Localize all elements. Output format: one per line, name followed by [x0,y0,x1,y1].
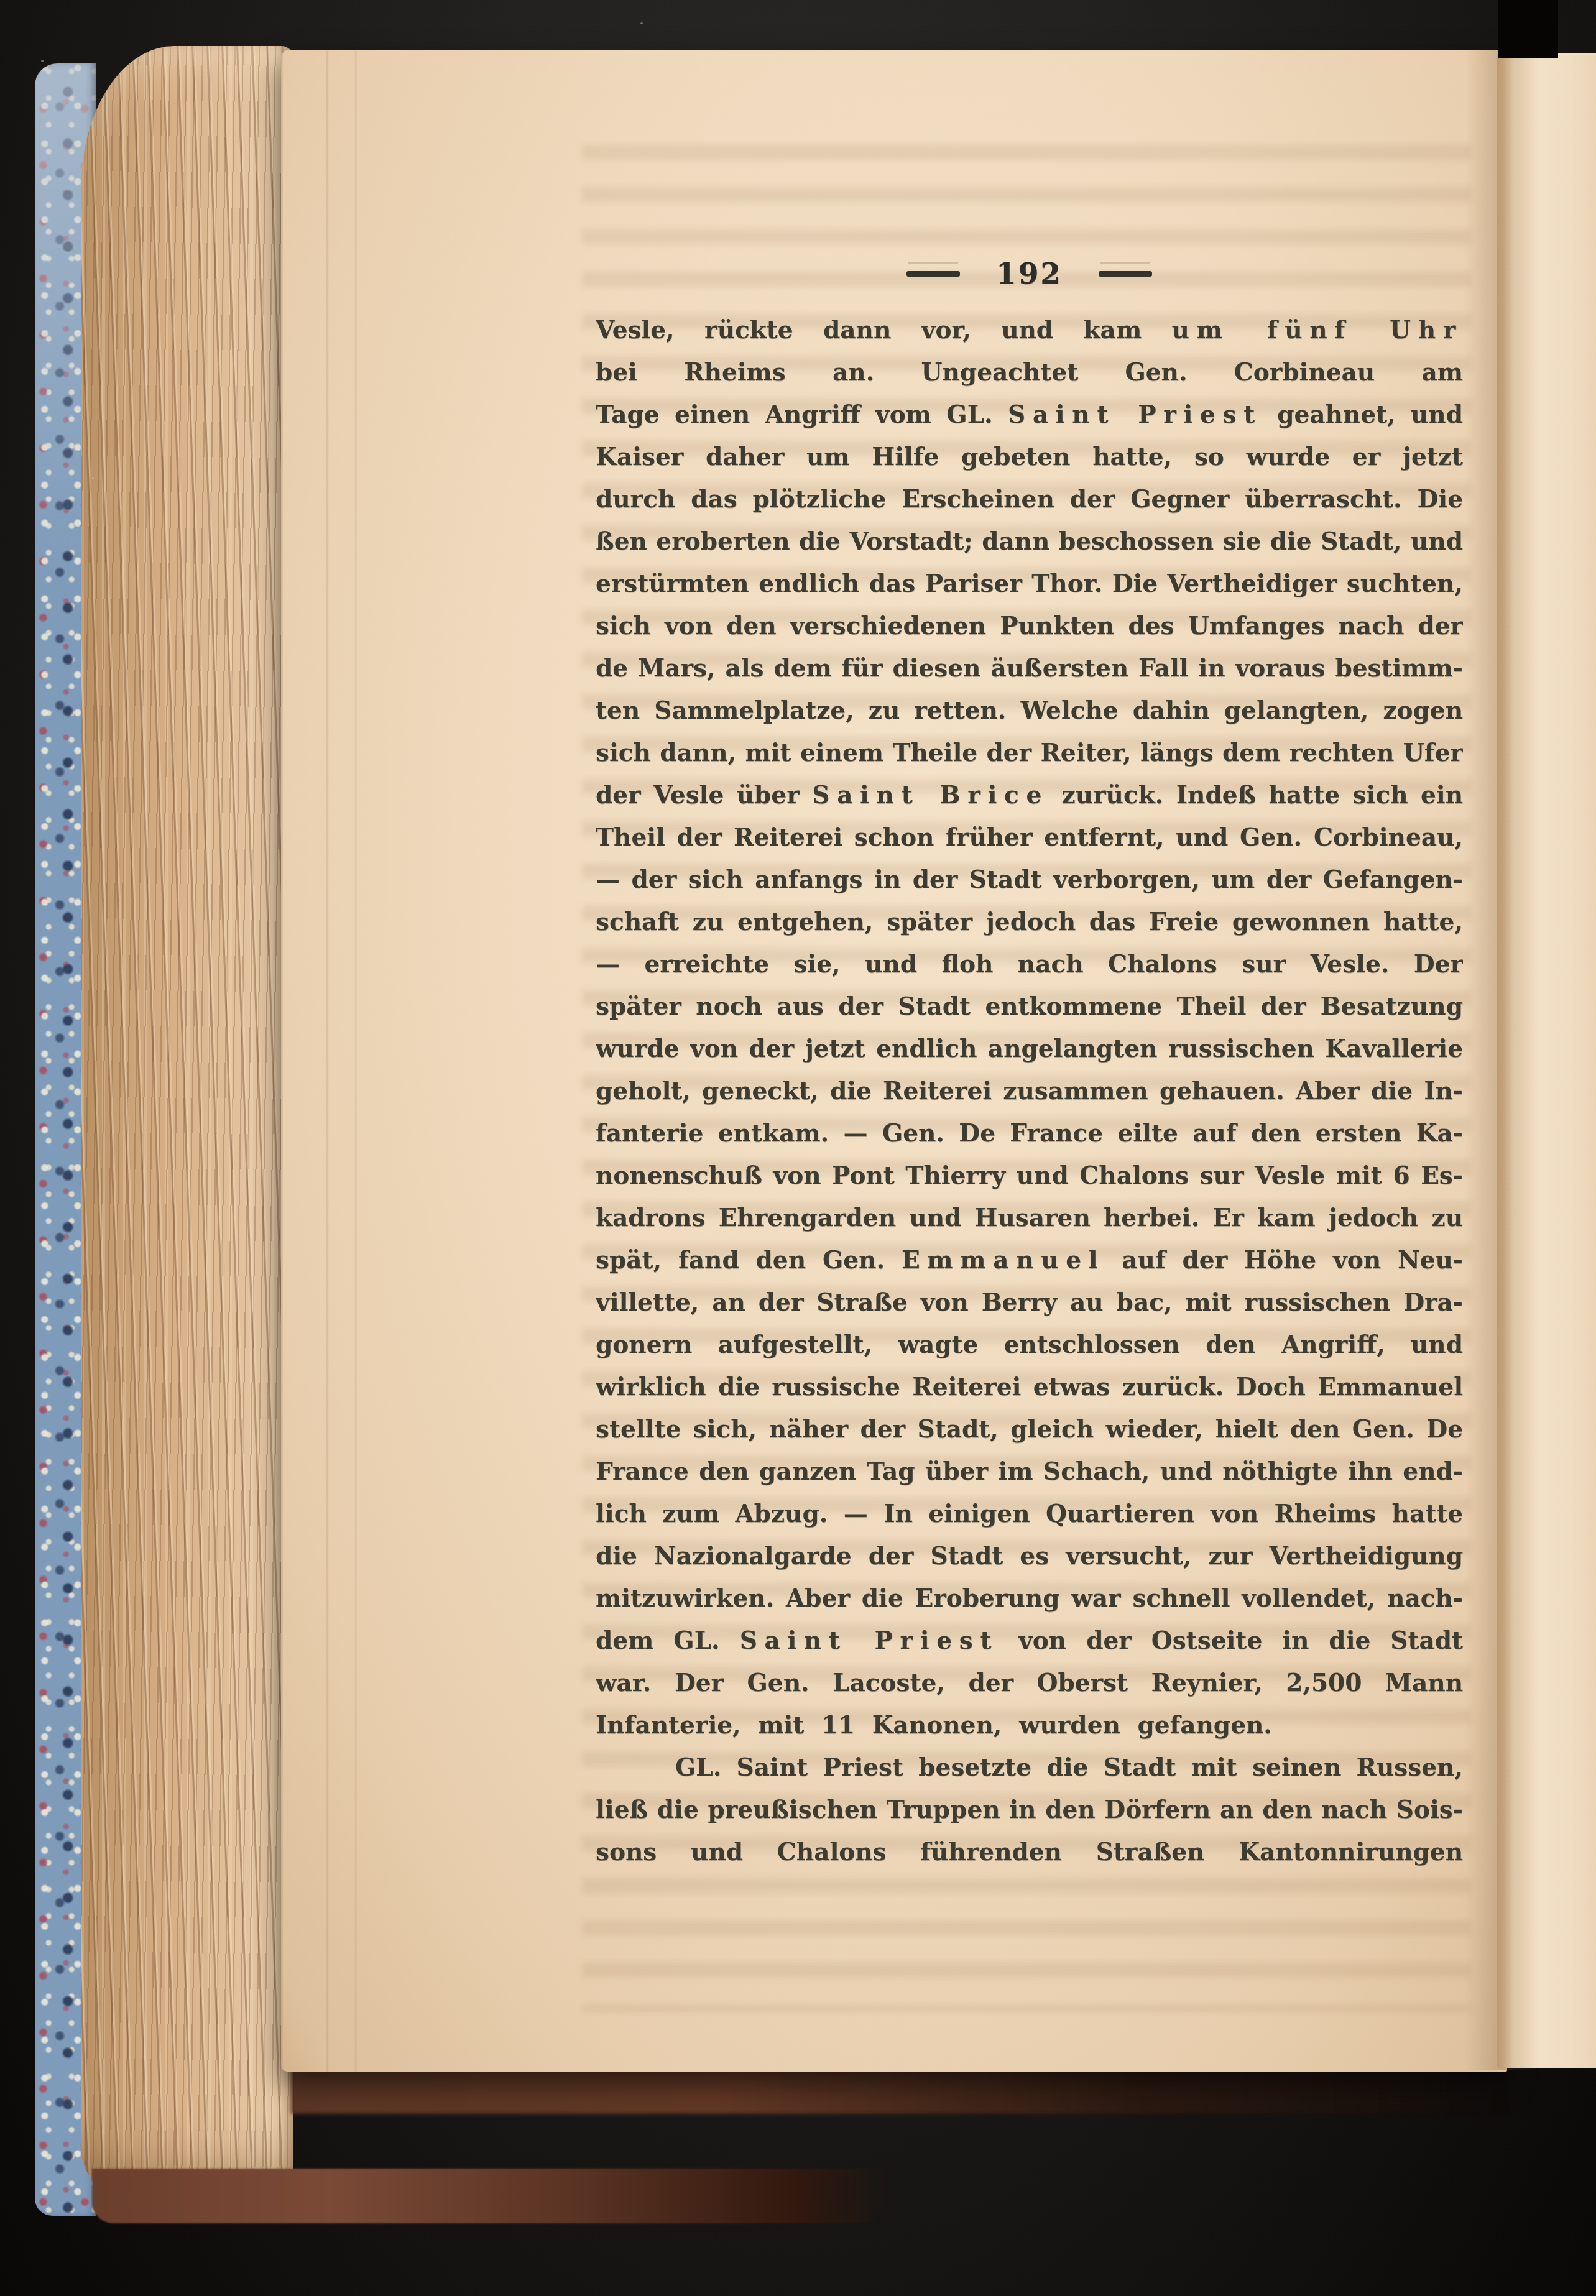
dust-speck [41,60,44,62]
text-segment: spät, fand den Gen. [596,1246,902,1275]
text-line: sich dann, mit einem Theile der Reiter, … [596,732,1463,774]
text-segment: — der sich anfangs in der Stadt verborge… [596,865,1463,894]
text-segment: erstürmten endlich das Pariser Thor. Die… [596,569,1463,598]
text-segment: — erreichte sie, und floh nach Chalons s… [596,950,1463,979]
text-block: Vesle, rückte dann vor, und kam um fünf … [596,309,1463,1873]
text-line: gonern aufgestellt, wagte entschlossen d… [596,1324,1463,1366]
dust-speck [92,477,94,479]
dust-speck [640,22,643,24]
page-edge-stack [81,46,293,2192]
text-line: spät, fand den Gen. Emmanuel auf der Höh… [596,1239,1463,1281]
text-line: fanterie entkam. — Gen. De France eilte … [596,1112,1463,1155]
text-line: bei Rheims an. Ungeachtet Gen. Corbineau… [596,351,1463,394]
text-line: durch das plötzliche Erscheinen der Gegn… [596,478,1463,520]
text-line: sons und Chalons führenden Straßen Kanto… [596,1831,1463,1873]
text-segment: Kaiser daher um Hilfe gebeten hatte, so … [596,443,1463,478]
text-line: später noch aus der Stadt entkommene The… [596,985,1463,1028]
text-segment: geholt, geneckt, die Reiterei zusammen g… [596,1077,1463,1105]
text-line: erstürmten endlich das Pariser Thor. Die… [596,563,1463,605]
text-line: dem GL. Saint Priest von der Ostseite in… [596,1620,1463,1662]
header-rule-right [1099,271,1152,277]
text-segment: stellte sich, näher der Stadt, gleich wi… [596,1415,1463,1444]
text-line: — erreichte sie, und floh nach Chalons s… [596,943,1463,985]
text-line: de Mars, als dem für diesen äußersten Fa… [596,647,1463,689]
text-segment: wurde von der jetzt endlich angelangten … [596,1035,1463,1070]
text-line: lich zum Abzug. — In einigen Quartieren … [596,1493,1463,1535]
text-segment: GL. Saint Priest besetzte die Stadt mit … [596,1753,1463,1789]
text-line: Infanterie, mit 11 Kanonen, wurden gefan… [596,1704,1463,1746]
text-line: kadrons Ehrengarden und Husaren herbei. … [596,1197,1463,1239]
text-segment: fanterie entkam. — Gen. De France eilte … [596,1119,1463,1148]
book-bottom-shadow [291,2068,1505,2114]
letterspaced-text: Emmanuel [902,1246,1105,1275]
text-segment: auf der Höhe von Neu- [1105,1246,1463,1275]
text-line: die Nazionalgarde der Stadt es versucht,… [596,1535,1463,1577]
text-segment: durch das plötzliche Erscheinen der Gegn… [596,485,1463,520]
text-line: ließ die preußischen Truppen in den Dörf… [596,1789,1463,1831]
book-photo: 192 Vesle, rückte dann vor, und kam um f… [0,0,1596,2296]
spine-gap-top [1498,0,1558,58]
text-segment: Tage einen Angriff vom GL. [596,400,1008,429]
text-segment: wirklich die russische Reiterei etwas zu… [596,1373,1463,1401]
header-rule-left [906,271,960,277]
text-line: nonenschuß von Pont Thierry und Chalons … [596,1155,1463,1197]
text-line: villette, an der Straße von Berry au bac… [596,1281,1463,1324]
text-segment: die Nazionalgarde der Stadt es versucht,… [596,1542,1463,1570]
text-line: geholt, geneckt, die Reiterei zusammen g… [596,1070,1463,1112]
text-segment: ten Sammelplatze, zu retten. Welche dahi… [596,696,1463,725]
text-line: schaft zu entgehen, später jedoch das Fr… [596,901,1463,943]
page-number: 192 [996,257,1063,291]
text-line: — der sich anfangs in der Stadt verborge… [596,859,1463,901]
book-cover-bottom-edge [92,2169,888,2223]
text-segment: kadrons Ehrengarden und Husaren herbei. … [596,1204,1463,1232]
letterspaced-text: Saint Priest [1008,400,1262,429]
text-segment: war. Der Gen. Lacoste, der Oberst Reynie… [596,1669,1463,1697]
text-segment: ließ die preußischen Truppen in den Dörf… [596,1796,1463,1824]
text-line: France den ganzen Tag über im Schach, un… [596,1450,1463,1493]
text-line: GL. Saint Priest besetzte die Stadt mit … [596,1746,1463,1789]
text-segment: sich von den verschiedenen Punkten des U… [596,612,1463,647]
text-line: war. Der Gen. Lacoste, der Oberst Reynie… [596,1662,1463,1704]
text-line: wurde von der jetzt endlich angelangten … [596,1028,1463,1070]
text-segment: France den ganzen Tag über im Schach, un… [596,1457,1463,1486]
gutter-crease-shadow [1465,50,1538,2070]
text-line: mitzuwirken. Aber die Eroberung war schn… [596,1577,1463,1620]
text-segment: Vesle, rückte dann vor, und kam [596,316,1172,344]
text-segment: sons und Chalons führenden Straßen Kanto… [596,1838,1463,1873]
text-line: Kaiser daher um Hilfe gebeten hatte, so … [596,436,1463,478]
text-segment: zurück. Indeß hatte sich ein [1049,781,1463,809]
page-header: 192 [596,251,1463,296]
text-line: sich von den verschiedenen Punkten des U… [596,605,1463,647]
text-line: Tage einen Angriff vom GL. Saint Priest … [596,394,1463,436]
text-segment: ßen eroberten die Vorstadt; dann beschos… [596,527,1463,556]
text-segment: gonern aufgestellt, wagte entschlossen d… [596,1330,1463,1366]
text-line: ten Sammelplatze, zu retten. Welche dahi… [596,689,1463,732]
text-segment: bei Rheims an. Ungeachtet Gen. Corbineau… [596,358,1463,394]
text-segment: später noch aus der Stadt entkommene The… [596,992,1463,1021]
text-line: stellte sich, näher der Stadt, gleich wi… [596,1408,1463,1450]
letterspaced-text: Saint Priest [740,1626,999,1655]
text-segment: Infanterie, mit 11 Kanonen, wurden gefan… [596,1711,1272,1740]
text-segment: schaft zu entgehen, später jedoch das Fr… [596,908,1463,936]
text-segment: nonenschuß von Pont Thierry und Chalons … [596,1161,1463,1190]
text-line: Theil der Reiterei schon früher entfernt… [596,816,1463,859]
text-segment: dem GL. [596,1626,740,1655]
text-segment: mitzuwirken. Aber die Eroberung war schn… [596,1584,1463,1613]
text-line: der Vesle über Saint Brice zurück. Indeß… [596,774,1463,816]
letterspaced-text: Saint Brice [812,781,1049,809]
text-segment: sich dann, mit einem Theile der Reiter, … [596,739,1463,767]
text-segment: lich zum Abzug. — In einigen Quartieren … [596,1500,1463,1528]
text-segment: de Mars, als dem für diesen äußersten Fa… [596,654,1463,683]
text-segment: villette, an der Straße von Berry au bac… [596,1288,1463,1317]
text-line: ßen eroberten die Vorstadt; dann beschos… [596,520,1463,563]
text-line: wirklich die russische Reiterei etwas zu… [596,1366,1463,1408]
text-segment: Theil der Reiterei schon früher entfernt… [596,823,1463,852]
text-line: Vesle, rückte dann vor, und kam um fünf … [596,309,1463,351]
text-segment: der Vesle über [596,781,812,809]
